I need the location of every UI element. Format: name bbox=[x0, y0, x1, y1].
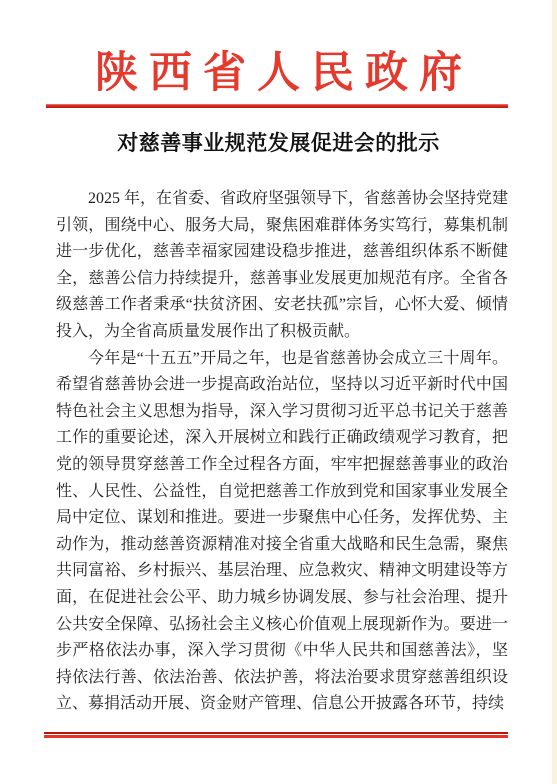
footer-rule-thick-line bbox=[44, 735, 508, 738]
scan-page-edge bbox=[552, 0, 557, 784]
letterhead-rule bbox=[46, 104, 508, 108]
footer-rule bbox=[44, 732, 508, 738]
body-paragraph-1: 2025 年，在省委、省政府坚强领导下，省慈善协会坚持党建引领，围绕中心、服务大… bbox=[56, 186, 508, 346]
document-body: 2025 年，在省委、省政府坚强领导下，省慈善协会坚持党建引领，围绕中心、服务大… bbox=[56, 186, 508, 718]
letterhead-title: 陕西省人民政府 bbox=[0, 48, 557, 100]
document-page: 陕西省人民政府 对慈善事业规范发展促进会的批示 2025 年，在省委、省政府坚强… bbox=[0, 0, 557, 784]
body-paragraph-2: 今年是“十五五”开局之年，也是省慈善协会成立三十周年。希望省慈善协会进一步提高政… bbox=[56, 346, 508, 718]
document-title: 对慈善事业规范发展促进会的批示 bbox=[0, 128, 557, 158]
